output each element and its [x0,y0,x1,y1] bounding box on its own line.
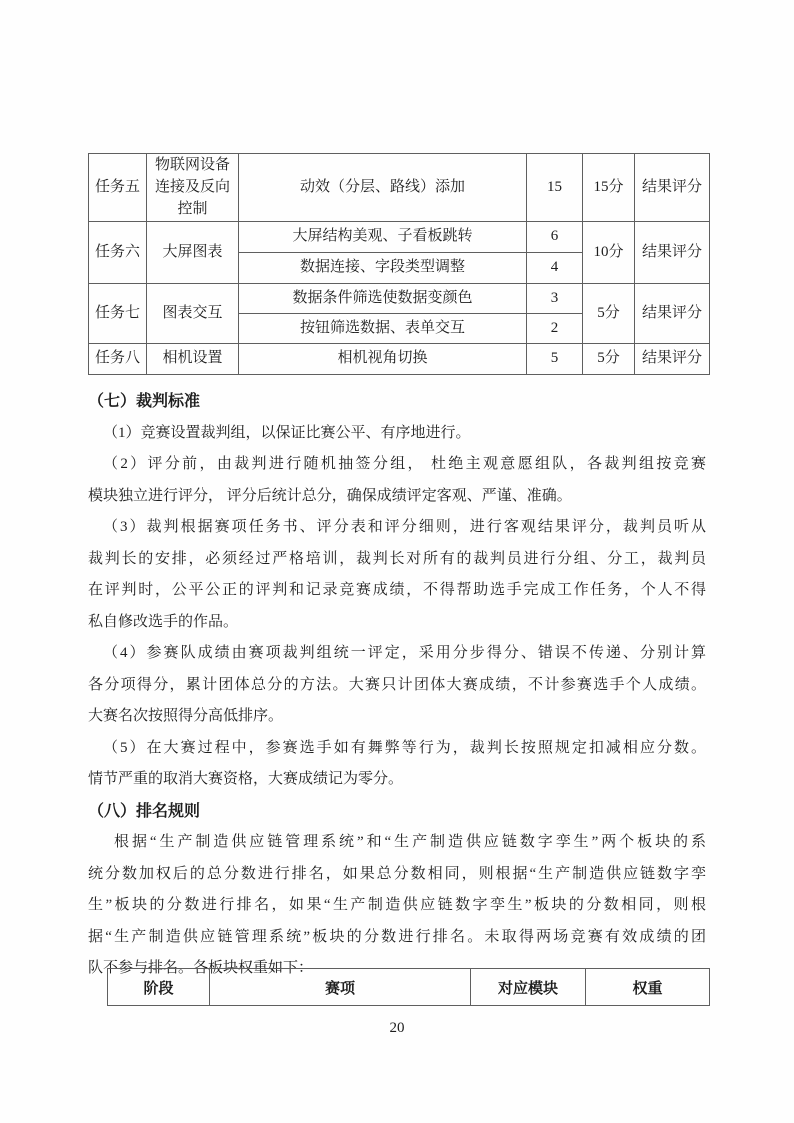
section-heading-judging: （七）裁判标准 [88,386,706,418]
task-cell: 任务七 [89,284,147,344]
paragraph-line: 大赛名次按照得分高低排序。 [88,701,706,733]
method-cell: 结果评分 [635,284,710,344]
name-cell: 相机设置 [147,344,239,375]
paragraph-line: （4）参赛队成绩由赛项裁判组统一评定，采用分步得分、错误不传递、分别计算 [88,638,706,670]
paragraph-line: 私自修改选手的作品。 [88,607,706,639]
paragraph-line: 各分项得分，累计团体总分的方法。大赛只计团体大赛成绩，不计参赛选手个人成绩。 [88,670,706,702]
paragraph-line: 根据“生产制造供应链管理系统”和“生产制造供应链数字孪生”两个板块的系 [88,827,706,859]
page-number: 20 [0,1020,794,1037]
paragraph-line: 情节严重的取消大赛资格，大赛成绩记为零分。 [88,764,706,796]
header-cell-stage: 阶段 [108,969,210,1006]
task-cell: 任务五 [89,154,147,222]
table-row: 任务六 大屏图表 大屏结构美观、子看板跳转 6 10分 结果评分 [89,222,710,253]
table-header-row: 阶段 赛项 对应模块 权重 [108,969,710,1006]
paragraph-line: 生”板块的分数进行排名，如果“生产制造供应链数字孪生”板块的分数相同，则根 [88,890,706,922]
desc-cell: 数据条件筛选使数据变颜色 [239,284,527,314]
paragraph-line: （1）竞赛设置裁判组，以保证比赛公平、有序地进行。 [88,418,706,450]
paragraph-line: 据“生产制造供应链管理系统”板块的分数进行排名。未取得两场竞赛有效成绩的团 [88,922,706,954]
paragraph-line: 裁判长的安排，必须经过严格培训，裁判长对所有的裁判员进行分组、分工，裁判员 [88,544,706,576]
score-cell: 3 [527,284,583,314]
score-cell: 6 [527,222,583,253]
table-row: 任务八 相机设置 相机视角切换 5 5分 结果评分 [89,344,710,375]
method-cell: 结果评分 [635,222,710,284]
score-cell: 4 [527,253,583,284]
task-cell: 任务八 [89,344,147,375]
paragraph-line: （5）在大赛过程中，参赛选手如有舞弊等行为，裁判长按照规定扣减相应分数。 [88,733,706,765]
total-cell: 10分 [583,222,635,284]
score-cell: 2 [527,314,583,344]
method-cell: 结果评分 [635,344,710,375]
score-cell: 5 [527,344,583,375]
desc-cell: 按钮筛选数据、表单交互 [239,314,527,344]
score-cell: 15 [527,154,583,222]
header-cell-module: 对应模块 [471,969,586,1006]
desc-cell: 动效（分层、路线）添加 [239,154,527,222]
document-page: 任务五 物联网设备连接及反向控制 动效（分层、路线）添加 15 15分 结果评分… [0,0,794,1123]
desc-cell: 数据连接、字段类型调整 [239,253,527,284]
total-cell: 5分 [583,284,635,344]
name-cell: 图表交互 [147,284,239,344]
total-cell: 15分 [583,154,635,222]
score-table: 任务五 物联网设备连接及反向控制 动效（分层、路线）添加 15 15分 结果评分… [88,153,710,375]
task-cell: 任务六 [89,222,147,284]
paragraph-line: （2）评分前，由裁判进行随机抽签分组， 杜绝主观意愿组队，各裁判组按竞赛 [88,449,706,481]
body-text: （七）裁判标准 （1）竞赛设置裁判组，以保证比赛公平、有序地进行。 （2）评分前… [88,386,706,985]
weight-table: 阶段 赛项 对应模块 权重 [107,968,710,1006]
header-cell-weight: 权重 [586,969,710,1006]
desc-cell: 大屏结构美观、子看板跳转 [239,222,527,253]
paragraph-line: 统分数加权后的总分数进行排名，如果总分数相同，则根据“生产制造供应链数字孪 [88,859,706,891]
paragraph-line: （3）裁判根据赛项任务书、评分表和评分细则，进行客观结果评分，裁判员听从 [88,512,706,544]
name-cell: 物联网设备连接及反向控制 [147,154,239,222]
paragraph-line: 在评判时，公平公正的评判和记录竞赛成绩，不得帮助选手完成工作任务，个人不得 [88,575,706,607]
name-cell: 大屏图表 [147,222,239,284]
method-cell: 结果评分 [635,154,710,222]
header-cell-event: 赛项 [210,969,471,1006]
section-heading-ranking: （八）排名规则 [88,796,706,828]
total-cell: 5分 [583,344,635,375]
desc-cell: 相机视角切换 [239,344,527,375]
table-row: 任务七 图表交互 数据条件筛选使数据变颜色 3 5分 结果评分 [89,284,710,314]
paragraph-line: 模块独立进行评分， 评分后统计总分，确保成绩评定客观、严谨、准确。 [88,481,706,513]
table-row: 任务五 物联网设备连接及反向控制 动效（分层、路线）添加 15 15分 结果评分 [89,154,710,222]
